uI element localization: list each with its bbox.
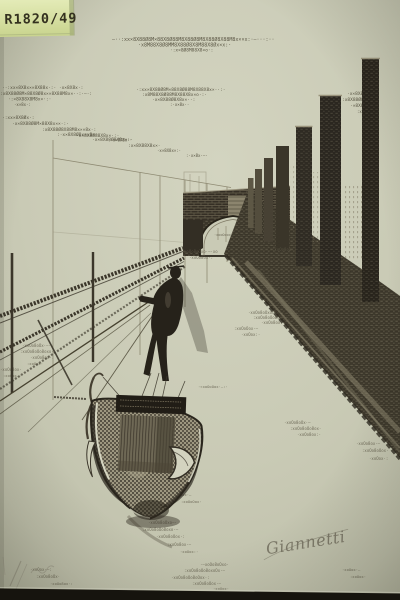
artwork-photo: —··:xx×8X88Ø8M×88X8Ø88M8X88Ø8M8X88Ø8X88M… — [0, 0, 400, 600]
inventory-number: R1820/49 — [4, 10, 77, 28]
inventory-label: R1820/49 — [0, 0, 78, 37]
vignette-overlay — [0, 0, 400, 600]
